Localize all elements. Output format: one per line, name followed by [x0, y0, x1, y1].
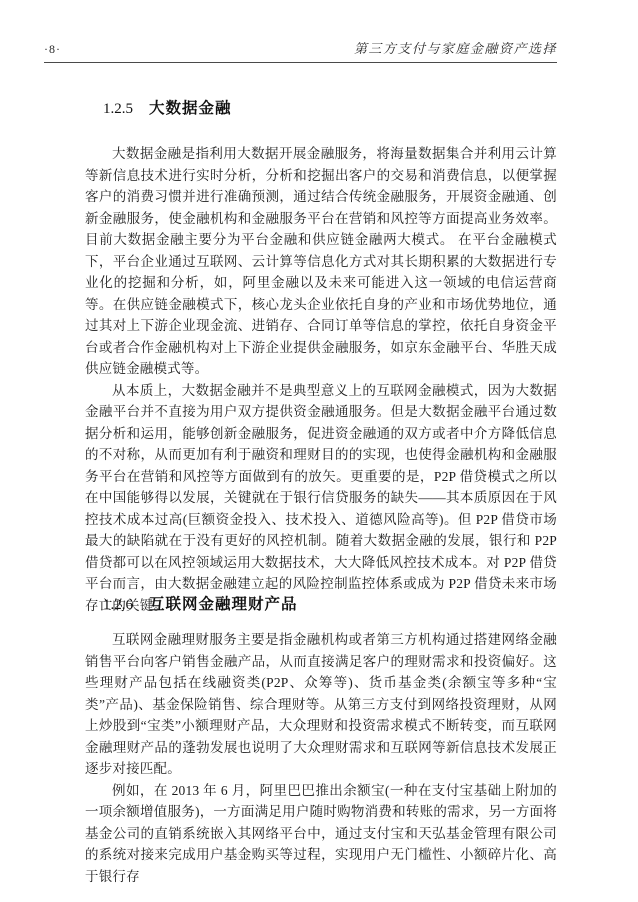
book-page: ·8· 第三方支付与家庭金融资产选择 1.2.5 大数据金融 大数据金融是指利用…: [0, 0, 638, 902]
section-number: 1.2.6: [103, 597, 133, 614]
running-header-title: 第三方支付与家庭金融资产选择: [354, 38, 557, 57]
body-paragraph: 从本质上，大数据金融并不是典型意义上的互联网金融模式，因为大数据金融平台并不直接…: [85, 380, 557, 617]
section-number: 1.2.5: [103, 101, 133, 118]
section-heading-1-2-6: 1.2.6 互联网金融理财产品: [103, 592, 298, 614]
section-title: 大数据金融: [149, 96, 232, 118]
section-body-1-2-5: 大数据金融是指利用大数据开展金融服务，将海量数据集合并利用云计算等新信息技术进行…: [85, 143, 557, 616]
section-title: 互联网金融理财产品: [149, 592, 298, 614]
body-paragraph: 例如，在 2013 年 6 月，阿里巴巴推出余额宝(一种在支付宝基础上附加的一项…: [85, 780, 557, 888]
section-heading-1-2-5: 1.2.5 大数据金融: [103, 96, 232, 118]
running-header: ·8· 第三方支付与家庭金融资产选择: [44, 38, 557, 63]
page-number: ·8·: [44, 42, 61, 57]
body-paragraph: 大数据金融是指利用大数据开展金融服务，将海量数据集合并利用云计算等新信息技术进行…: [85, 143, 557, 380]
body-paragraph: 互联网金融理财服务主要是指金融机构或者第三方机构通过搭建网络金融销售平台向客户销…: [85, 629, 557, 780]
section-body-1-2-6: 互联网金融理财服务主要是指金融机构或者第三方机构通过搭建网络金融销售平台向客户销…: [85, 629, 557, 887]
